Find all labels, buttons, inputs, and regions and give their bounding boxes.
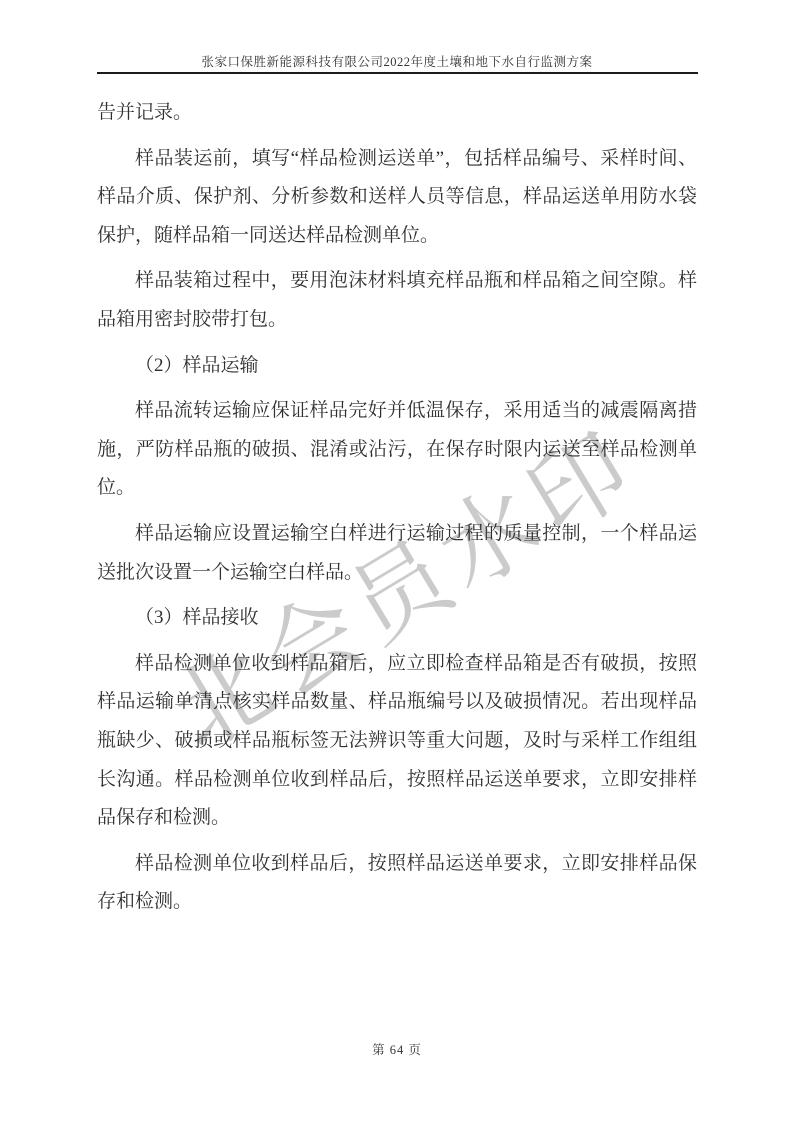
document-page: 北会员水印 张家口保胜新能源科技有限公司2022年度土壤和地下水自行监测方案 告… [0,0,794,1123]
paragraph: （2）样品运输 [97,347,697,386]
paragraph: 样品检测单位收到样品箱后，应立即检查样品箱是否有破损，按照样品运输单清点核实样品… [97,645,697,838]
paragraph: 样品检测单位收到样品后，按照样品运送单要求，立即安排样品保存和检测。 [97,845,697,922]
paragraph: 样品装箱过程中，要用泡沫材料填充样品瓶和样品箱之间空隙。样品箱用密封胶带打包。 [97,262,697,339]
paragraph: 告并记录。 [97,94,697,133]
paragraph: 样品流转运输应保证样品完好并低温保存，采用适当的减震隔离措施，严防样品瓶的破损、… [97,392,697,508]
header-title: 张家口保胜新能源科技有限公司2022年度土壤和地下水自行监测方案 [97,52,697,70]
header-rule [97,72,698,74]
paragraph: （3）样品接收 [97,599,697,638]
page-number: 第 64 页 [0,1040,794,1058]
paragraph: 样品装运前，填写“样品检测运送单”，包括样品编号、采样时间、样品介质、保护剂、分… [97,140,697,256]
document-body: 告并记录。样品装运前，填写“样品检测运送单”，包括样品编号、采样时间、样品介质、… [97,94,697,929]
paragraph: 样品运输应设置运输空白样进行运输过程的质量控制，一个样品运送批次设置一个运输空白… [97,515,697,592]
